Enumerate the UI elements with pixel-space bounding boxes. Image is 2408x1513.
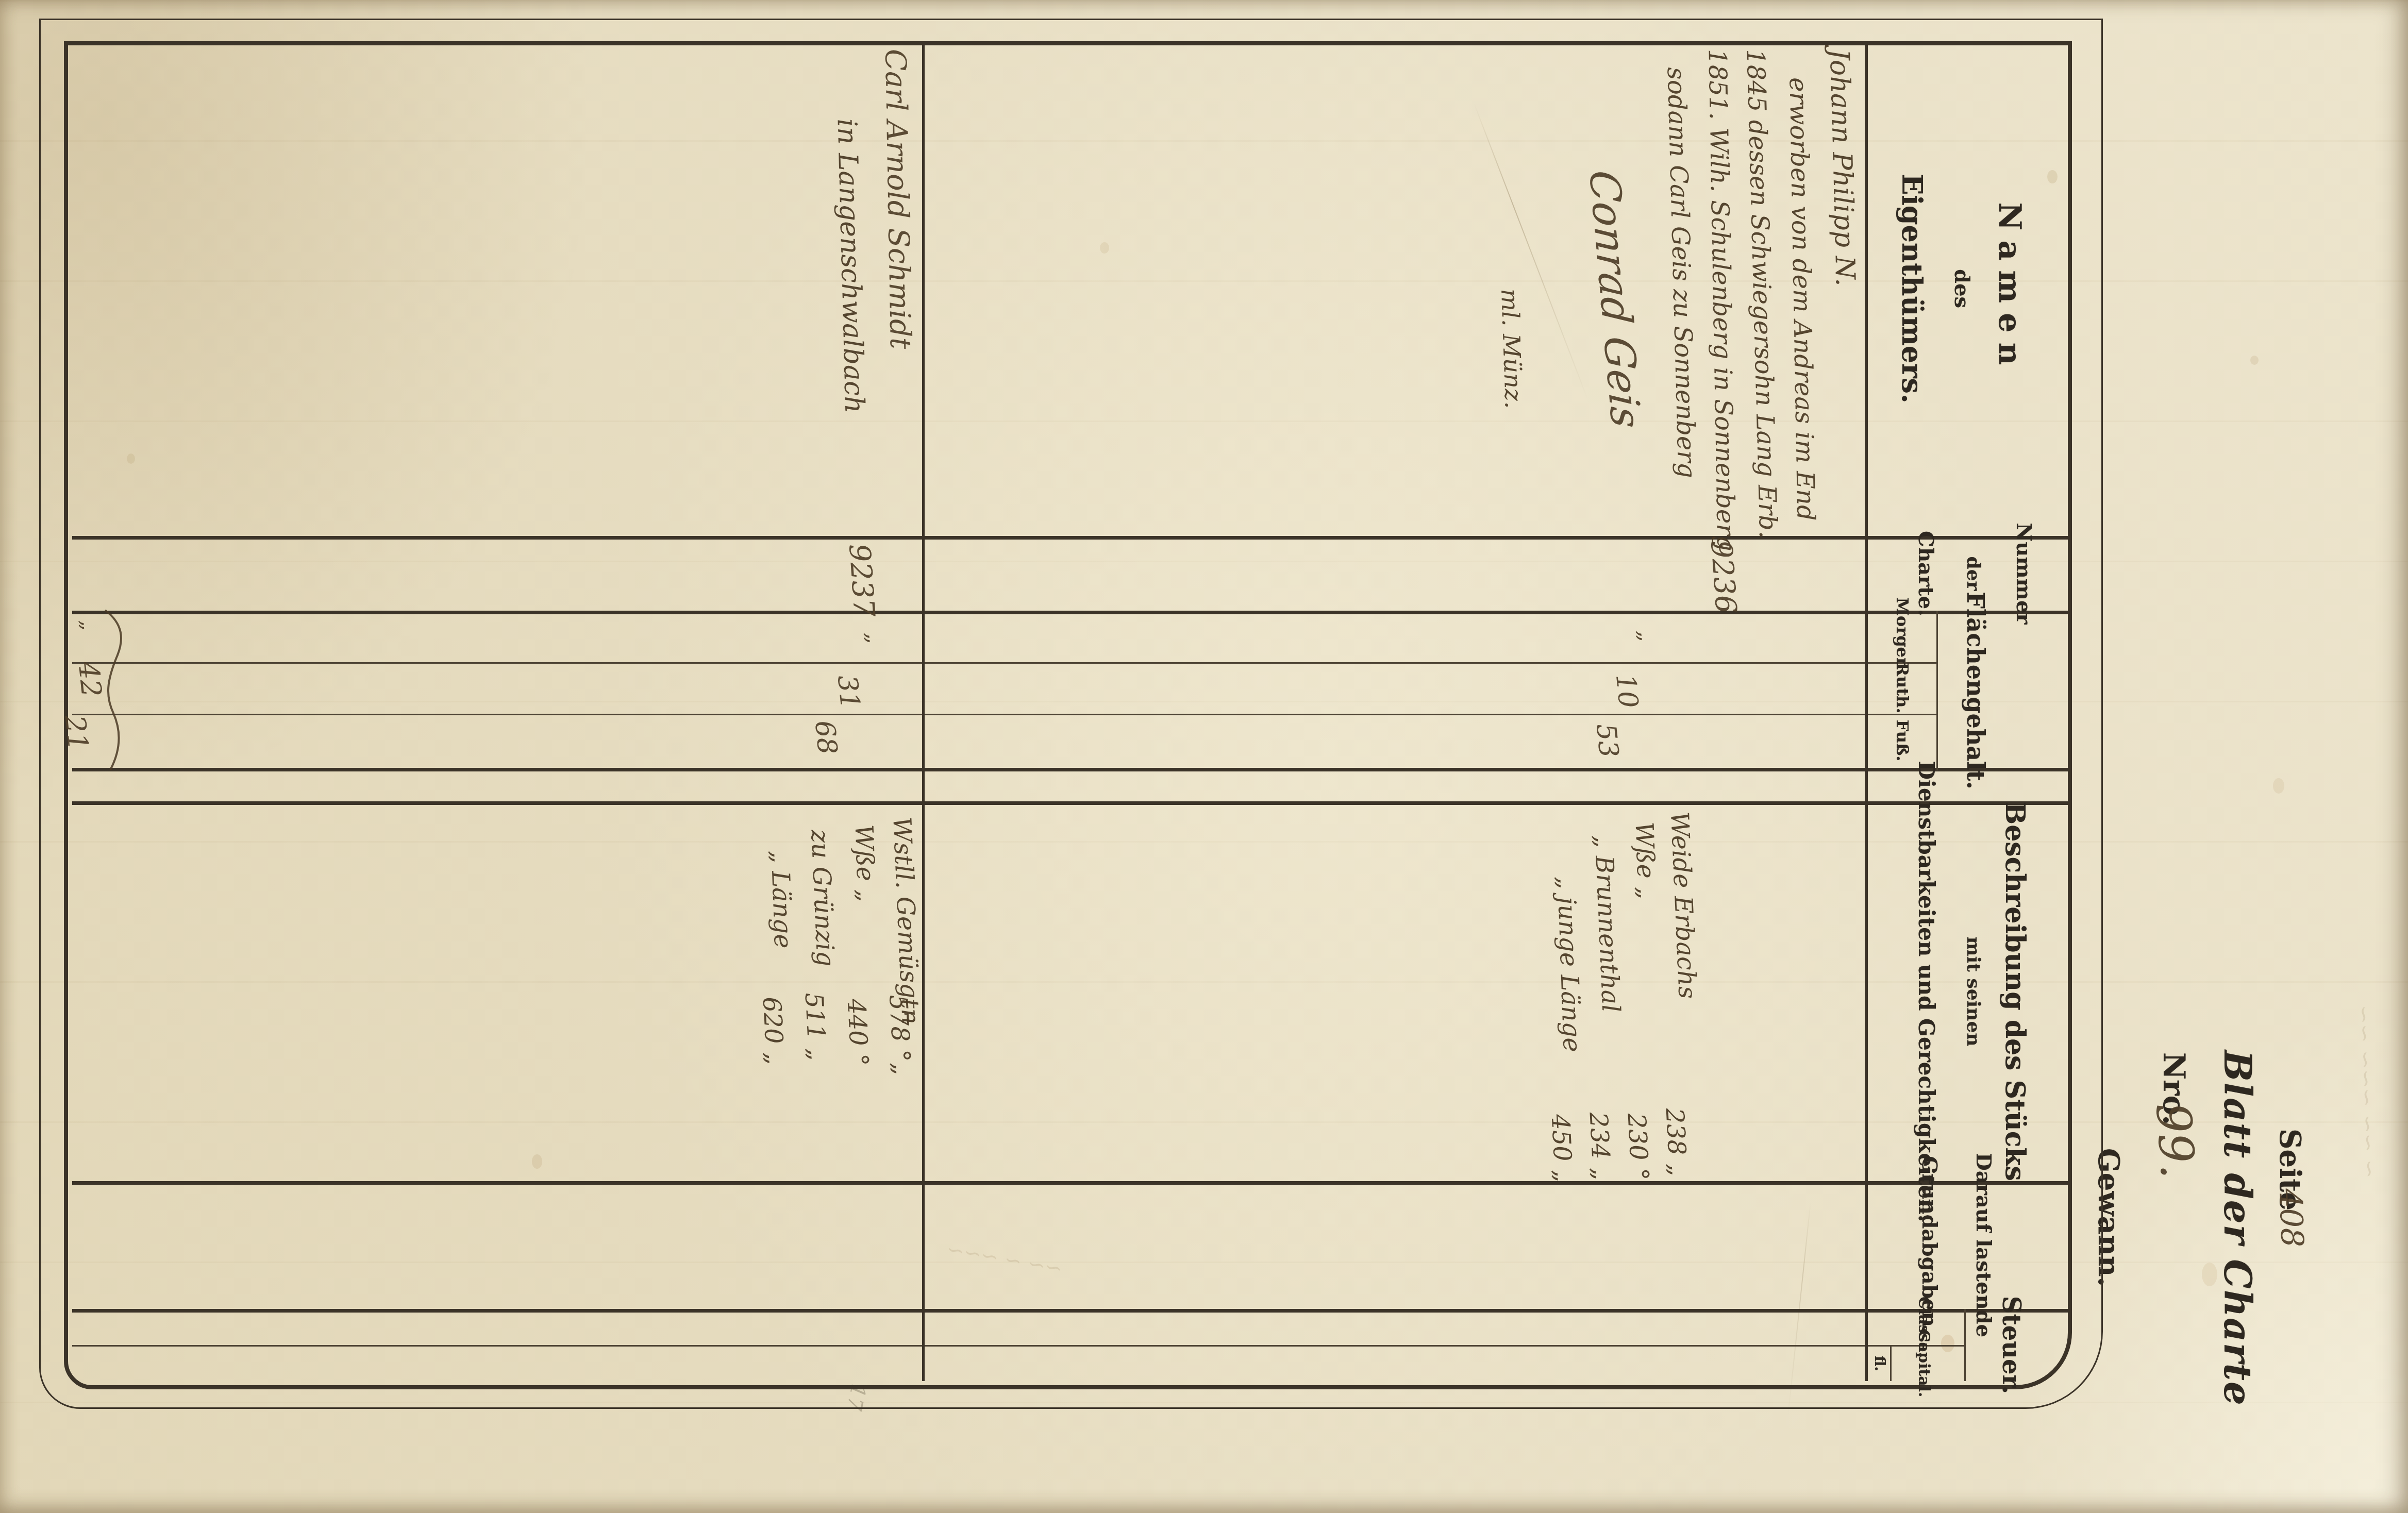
fox-spot <box>2273 778 2284 794</box>
header-steuer-label: Steuer. <box>1997 1296 2026 1394</box>
parcel-desc-number: 230 ° <box>1622 1113 1654 1182</box>
seite-number: 408 <box>2272 1188 2310 1248</box>
column-rule-ruth-fuss <box>72 714 1938 715</box>
owner-name-line: Johann Philipp N. <box>1824 48 1861 287</box>
blatt-der-charte-title: Blatt der Charte <box>2216 1050 2260 1406</box>
parcel-desc-number: 450 „ <box>1546 1114 1578 1183</box>
charte-number-cell: 9236 <box>1704 539 1743 615</box>
header-flaeche-ruth: Ruth. <box>1893 662 1912 713</box>
header-beschreibung-line2: mit seinen <box>1963 936 1984 1046</box>
ruth-value: 10 <box>1610 673 1644 710</box>
sum-fuss: 21 <box>59 714 95 752</box>
header-namen-line2: des <box>1950 269 1974 308</box>
header-steuer-fl: fl. <box>1871 1356 1888 1371</box>
parcel-desc-text: „ Länge <box>765 850 798 949</box>
bleedthrough-ghost: ~ ~~ ~~~ ~~ <box>2350 1004 2383 1179</box>
column-rule-beschreibung-start <box>72 801 2072 805</box>
charte-number-cell: 9237 <box>842 543 881 618</box>
clerk-initials: ml. Münz. <box>1496 288 1528 409</box>
morgen-value: „ <box>1633 629 1660 643</box>
header-nummer-line3: Charte. <box>1914 531 1938 616</box>
header-flaeche-label: Flächengehalt. <box>1962 592 1989 789</box>
parcel-desc-number: 620 „ <box>757 996 790 1066</box>
subheader-rule-flaeche <box>1936 611 1938 770</box>
sum-morgen: „ <box>76 618 101 631</box>
parcel-desc-number: 238 „ <box>1660 1107 1693 1177</box>
header-beschreibung-line1: Beschreibung des Stücks <box>1999 802 2031 1181</box>
column-rule-beschreibung-abgaben <box>72 1181 2072 1185</box>
header-abgaben-line1: Darauf lastende <box>1971 1153 1996 1337</box>
parcel-desc-text: Wße „ <box>849 824 880 902</box>
header-nummer-line2: der <box>1963 556 1984 591</box>
header-flaeche-fuss: Fuß. <box>1893 720 1912 762</box>
column-rule-nummer-flaeche <box>72 611 2072 614</box>
row-rule-header-bottom <box>1865 41 1868 1381</box>
row-rule-entry-separator <box>922 41 925 1381</box>
parcel-desc-text: zu Grünzig <box>805 829 840 967</box>
parcel-desc-text: „ junge Länge <box>1551 876 1586 1053</box>
column-rule-morgen-ruth <box>72 662 1938 664</box>
parcel-desc-number: 234 „ <box>1584 1112 1616 1181</box>
sum-ruth: 42 <box>72 660 108 699</box>
fuss-value: 53 <box>1590 722 1625 759</box>
charte-number: 99. <box>2145 1101 2205 1180</box>
fuss-value: 68 <box>809 719 843 756</box>
parcel-desc-number: 440 ° <box>842 998 874 1067</box>
parcel-desc-text: Wße „ <box>1629 821 1661 900</box>
ledger-page: ~ ~~ ~~~ ~~ ~~ ~ ~~~ Seite 408 Blatt der… <box>0 0 2408 1513</box>
header-nummer-line1: Nummer <box>2012 523 2036 625</box>
header-namen-line1: Namen <box>1992 202 2028 375</box>
subheader-rule-steuer <box>1964 1309 1966 1381</box>
header-namen-line3: Eigenthümers. <box>1896 174 1929 404</box>
parcel-desc-number: 511 „ <box>799 992 832 1062</box>
column-rule-flaeche-end <box>72 768 2072 771</box>
fox-spot <box>2250 356 2259 365</box>
column-rule-abgaben-steuer <box>72 1309 2072 1313</box>
ruth-value: 31 <box>831 674 866 711</box>
column-rule-classe-capital <box>72 1345 1966 1347</box>
morgen-value: „ <box>861 631 888 645</box>
owner-name-line: Carl Arnold Schmidt <box>878 48 917 349</box>
scanned-ledger-screenshot: { "margin": { "seite_label": "Seite", "s… <box>0 0 2408 1513</box>
subheader-rule-capital-fl <box>1890 1345 1892 1381</box>
parcel-desc-number: 578 °„ <box>883 994 916 1075</box>
fox-spot <box>2202 1263 2217 1286</box>
header-beschreibung-line3: Dienstbarkeiten und Gerechtigkeiten. <box>1914 761 1939 1222</box>
header-steuer-capital: Capital. <box>1915 1330 1933 1398</box>
